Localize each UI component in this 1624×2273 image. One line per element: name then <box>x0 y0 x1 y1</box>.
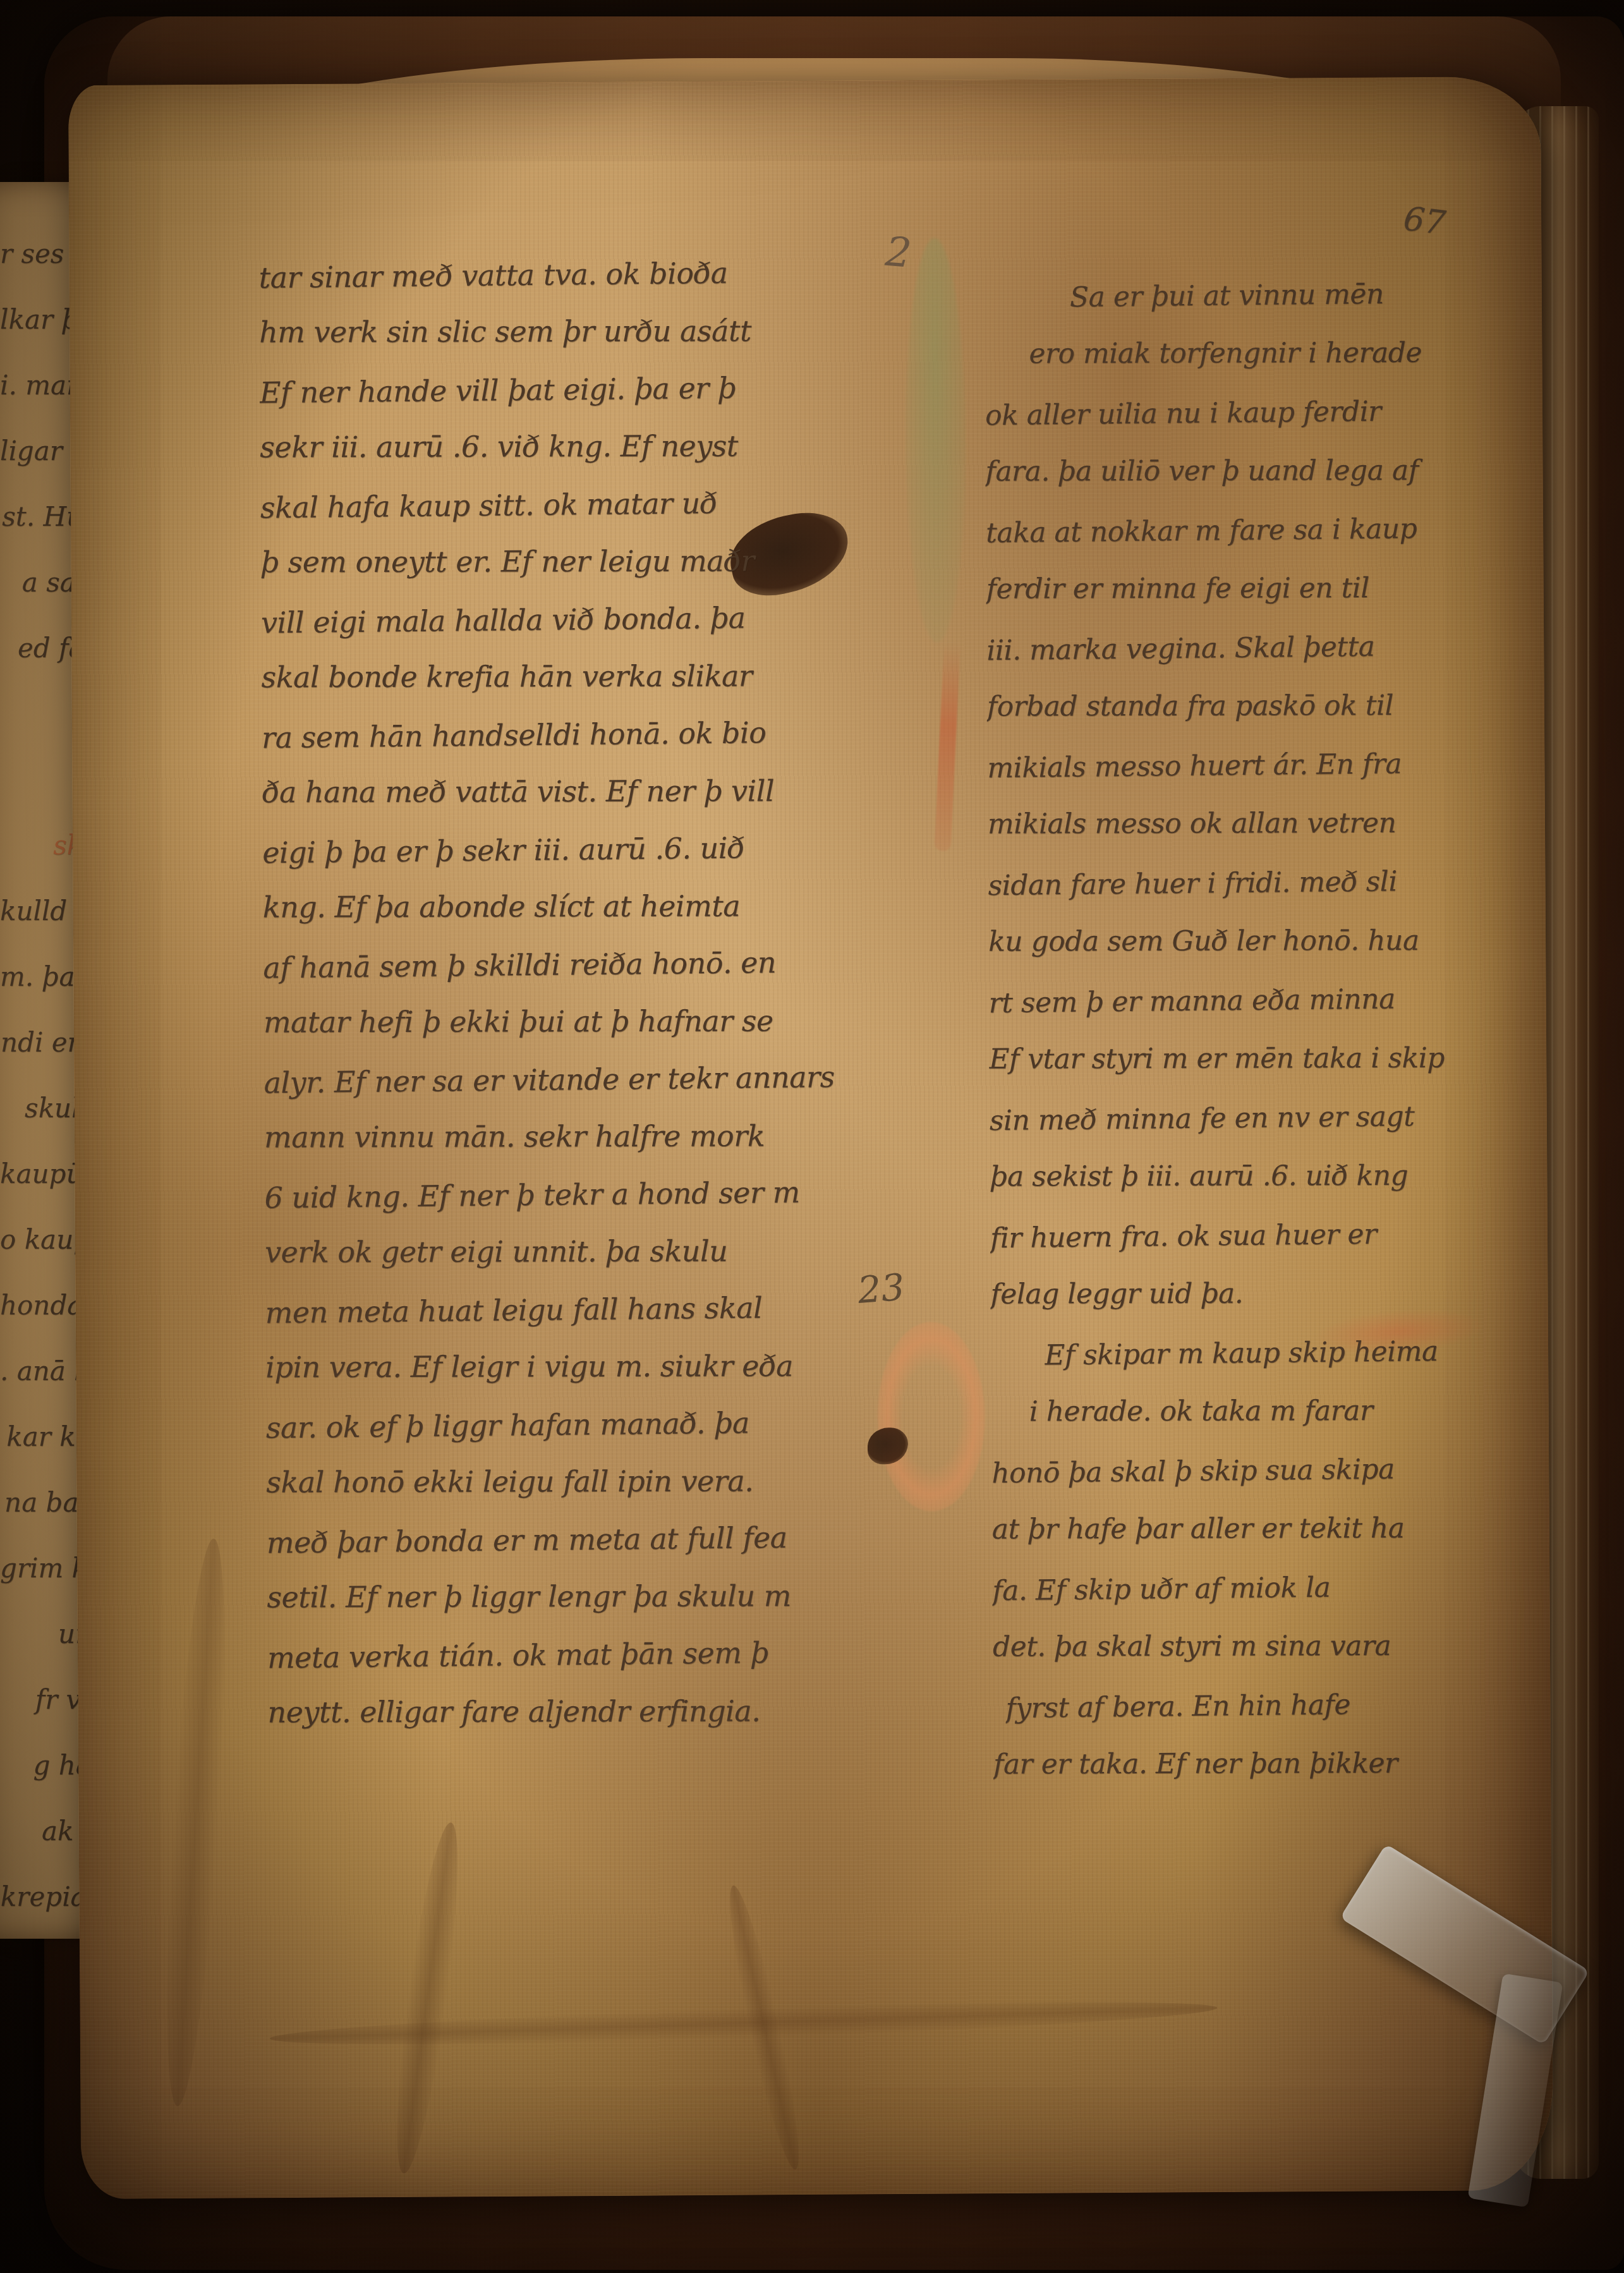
manuscript-line: at þr hafe þar aller er tekit ha <box>992 1498 1564 1558</box>
manuscript-photo: r ses annarlkar þa skali. manadō.ligar a… <box>0 0 1624 2273</box>
manuscript-line: ferdir er minna fe eigi en til <box>986 558 1558 618</box>
manuscript-line: hm verk sin slic sem þr urðu asátt <box>259 302 897 361</box>
manuscript-line: eigi þ þa er þ sekr iii. aurū .6. uið <box>262 818 901 882</box>
folio-number: 67 <box>1402 200 1448 242</box>
manuscript-line: ra sem hān handselldi honā. ok bio <box>262 703 900 767</box>
manuscript-line: mikials messo huert ár. En fra <box>987 733 1560 797</box>
manuscript-line: 6 uid kng. Ef ner þ tekr a hond ser m <box>264 1163 903 1227</box>
manuscript-line: alyr. Ef ner sa er vitande er tekr annar… <box>264 1048 902 1112</box>
manuscript-line: meta verka tián. ok mat þān sem þ <box>267 1623 906 1687</box>
manuscript-line: fara. þa uiliō ver þ uand lega af <box>985 440 1557 500</box>
manuscript-line: Ef vtar styri m er mēn taka i skip <box>989 1028 1561 1088</box>
text-column-left: tar sinar með vatta tva. ok bioðahm verk… <box>258 243 906 1742</box>
manuscript-line: taka at nokkar m fare sa i kaup <box>986 498 1558 562</box>
manuscript-line: af hanā sem þ skilldi reiða honō. en <box>263 933 902 997</box>
manuscript-line: skal bonde krefia hān verka slikar <box>261 647 899 706</box>
manuscript-line: kng. Ef þa abonde slíct at heimta <box>263 877 901 936</box>
manuscript-line: i herade. ok taka m farar <box>1029 1381 1563 1441</box>
parchment-crease <box>385 1820 470 2176</box>
manuscript-line: Ef skipar m kaup skip heima <box>1045 1321 1563 1385</box>
manuscript-line: Sa er þui at vinnu mēn <box>1069 263 1556 327</box>
manuscript-line: verk ok getr eigi unnit. þa skulu <box>265 1222 903 1282</box>
manuscript-line: fir huern fra. ok sua huer er <box>990 1203 1562 1268</box>
manuscript-line: mikials messo ok allan vetren <box>988 793 1560 853</box>
manuscript-line: felag leggr uid þa. <box>990 1263 1562 1323</box>
manuscript-line: honō þa skal þ skip sua skipa <box>991 1438 1564 1503</box>
manuscript-line: matar hefi þ ekki þui at þ hafnar se <box>264 992 902 1052</box>
manuscript-line: sekr iii. aurū .6. við kng. Ef neyst <box>260 417 898 476</box>
manuscript-line: rt sem þ er manna eða minna <box>988 968 1561 1033</box>
manuscript-line: vill eigi mala hallda við bonda. þa <box>261 588 900 652</box>
manuscript-line: sin með minna fe en nv er sagt <box>989 1086 1561 1150</box>
manuscript-page: 67 2 23 tar sinar með vatta tva. ok bioð… <box>68 76 1553 2199</box>
parchment-crease <box>155 1537 236 2108</box>
manuscript-line: ða hana með vattā vist. Ef ner þ vill <box>262 762 900 821</box>
manuscript-line: sidan fare huer i fridi. með sli <box>988 851 1560 915</box>
manuscript-line: með þar bonda er m meta at full fea <box>266 1508 905 1572</box>
manuscript-line: mann vinnu mān. sekr halfre mork <box>264 1107 902 1167</box>
manuscript-line: ipin vera. Ef leigr i vigu m. siukr eða <box>265 1337 904 1397</box>
manuscript-line: forbad standa fra paskō ok til <box>987 676 1559 736</box>
manuscript-line: ok aller uilia nu i kaup ferdir <box>985 380 1558 445</box>
manuscript-line: setil. Ef ner þ liggr lengr þa skulu m <box>267 1567 905 1627</box>
manuscript-line: ero miak torfengnir i herade <box>1029 323 1556 383</box>
manuscript-line: det. þa skal styri m sina vara <box>993 1616 1565 1676</box>
manuscript-line: far er taka. Ef ner þan þikker <box>993 1733 1565 1793</box>
green-pigment-stain <box>904 238 967 643</box>
manuscript-line: fa. Ef skip uðr af miok la <box>992 1556 1565 1620</box>
manuscript-line: þa sekist þ iii. aurū .6. uið kng <box>990 1146 1561 1206</box>
text-column-right: Sa er þui at vinnu mēnero miak torfengni… <box>985 264 1566 1795</box>
manuscript-line: men meta huat leigu fall hans skal <box>265 1278 904 1342</box>
manuscript-line: tar sinar með vatta tva. ok bioða <box>258 243 897 307</box>
red-pigment-streak <box>935 642 960 851</box>
manuscript-line: neytt. elligar fare aljendr erfingia. <box>267 1682 906 1742</box>
manuscript-line: Ef ner hande vill þat eigi. þa er þ <box>259 358 898 422</box>
manuscript-line: ku goda sem Guð ler honō. hua <box>988 911 1560 971</box>
manuscript-line: fyrst af bera. En hin hafe <box>1005 1673 1565 1738</box>
manuscript-line: iii. marka vegina. Skal þetta <box>986 615 1559 680</box>
manuscript-line: þ sem oneytt er. Ef ner leigu maðr <box>260 532 899 591</box>
manuscript-line: sar. ok ef þ liggr hafan manað. þa <box>265 1393 904 1457</box>
manuscript-line: skal hafa kaup sitt. ok matar uð <box>260 473 899 537</box>
manuscript-line: skal honō ekki leigu fall ipin vera. <box>266 1452 904 1512</box>
